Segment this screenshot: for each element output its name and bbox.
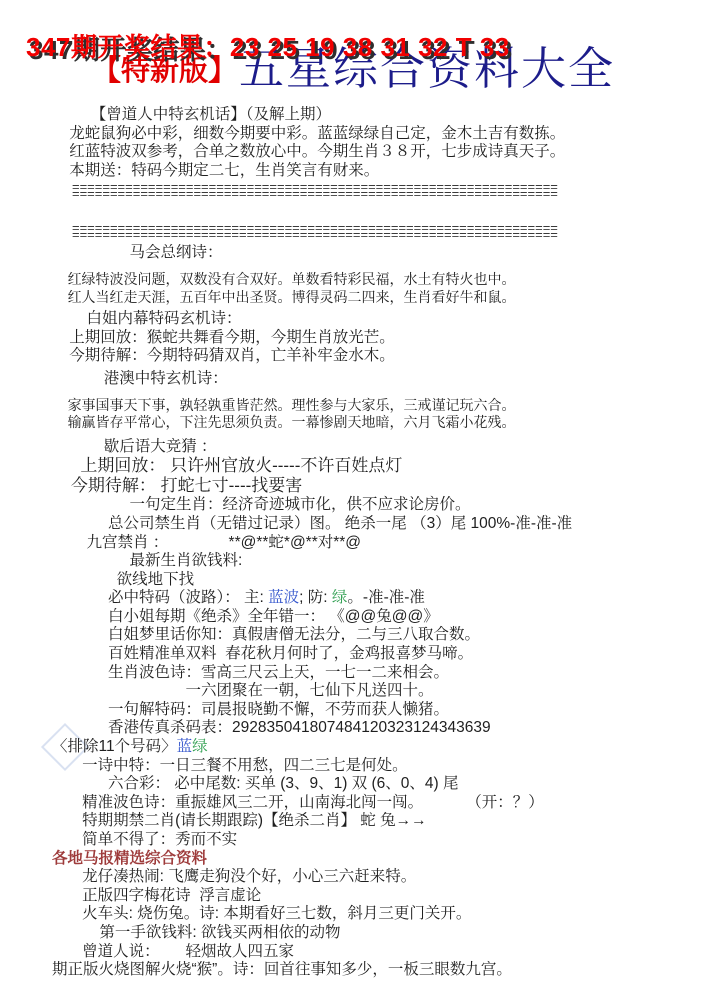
section-heading-regional: 各地马报精选综合资料 [52, 850, 704, 869]
text-line: 上期回放：猴蛇共舞看今期，今期生肖放光芒。 [52, 329, 704, 348]
text-line: 精准波色诗：重振雄风三二开，山南海北闯一闯。 （开：？） [52, 794, 704, 813]
text-line: 家事国事天下事，孰轻孰重皆茫然。理性参与大家乐，三戒谨记玩六合。 [52, 397, 704, 415]
text-line: 今期待解： 打蛇七寸----找要害 [52, 476, 704, 496]
text-line: 一六团聚在一朝，七仙下凡送四十。 [52, 682, 704, 701]
section-heading: 最新生肖欲钱料: [52, 552, 704, 571]
text-line: 火车头: 烧伤兔。诗: 本期看好三七数，斜月三更门关开。 [52, 905, 704, 924]
text-line: 正版四字梅花诗 浮言虚论 [52, 887, 704, 906]
text-line: 红人当红走天涯，五百年中出圣贤。博得灵码二四来，生肖看好牛和鼠。 [52, 289, 704, 307]
text-line: 上期回放： 只许州官放火-----不许百姓点灯 [52, 456, 704, 476]
text-line: 第一手欲钱料: 欲钱买两相依的动物 [52, 924, 704, 943]
text-line: 龙仔凑热闹: 飞鹰走狗没个好，小心三六赶来特。 [52, 868, 704, 887]
text-line: 一诗中特：一日三餐不用愁，四二三七是何处。 [52, 757, 704, 776]
document-body: 【曾道人中特玄机话】（及解上期） 龙蛇鼠狗必中彩，细数今期要中彩。蓝蓝绿绿自己定… [0, 104, 712, 980]
section-heading: 马会总纲诗： [52, 244, 704, 263]
text-line: 百姓精准单双料 春花秋月何时了，金鸡报喜梦马啼。 [52, 645, 704, 664]
section-heading: 【曾道人中特玄机话】（及解上期） [52, 106, 704, 125]
text-line: 一句解特码：司晨报晓勤不懈，不劳而获人懒猪。 [52, 701, 704, 720]
text-line: 输赢皆存平常心，下注先思须负责。一幕惨剧天地暗，六月飞霜小花残。 [52, 414, 704, 432]
text-line: 九宫禁肖 ： **@**蛇*@**对**@ [52, 534, 704, 553]
section-heading: 白姐内幕特码玄机诗： [52, 310, 704, 329]
divider-line: ========================================… [72, 221, 600, 238]
divider-line: ========================================… [72, 180, 600, 197]
page-header: 347期开奖结果：23 25 19 38 31 32 T 33 【特新版】 五星… [0, 0, 712, 104]
text-line: 本期送：特码今期定二七，生肖笑言有财来。 [52, 162, 704, 181]
draw-result-banner: 347期开奖结果：23 25 19 38 31 32 T 33 [26, 27, 510, 64]
text-line: 必中特码（波路）： 主: 蓝波; 防: 绿。-准-准-准 [52, 589, 704, 608]
text-line: 白小姐每期《绝杀》全年错一： 《@@兔@@》 [52, 608, 704, 627]
section-heading: 港澳中特玄机诗： [52, 370, 704, 389]
text-line: 今期待解：今期特码猜双肖，亡羊补牢金水木。 [52, 347, 704, 366]
text-line: 一句定生肖：经济奇迹城市化，供不应求论房价。 [52, 496, 704, 515]
text-line: 红绿特波没问题，双数没有合双好。单数看特彩民福，水土有特火也中。 [52, 271, 704, 289]
text-line: 总公司禁生肖（无错过记录）图。 绝杀一尾 （3）尾 100%-准-准-准 [52, 515, 704, 534]
text-line: 红蓝特波双参考，合单之数放心中。今期生肖３８开，七步成诗真天子。 [52, 143, 704, 162]
text-line: 生肖波色诗：雪高三尺云上天，一七一二来相会。 [52, 664, 704, 683]
lottery-info-sheet: 347期开奖结果：23 25 19 38 31 32 T 33 【特新版】 五星… [0, 0, 712, 1008]
text-line: 曾道人说： 轻烟故人四五家 [52, 943, 704, 962]
text-line: 简单不得了：秀而不实 [52, 831, 704, 850]
text-line: 欲线地下找 [52, 571, 704, 590]
text-line: 六合彩： 必中尾数: 买单 (3、9、1) 双 (6、0、4) 尾 [52, 775, 704, 794]
spacer [52, 197, 704, 221]
text-line: 期正版火烧图解火烧“猴”。诗：回首往事知多少，一板三眼数九宫。 [52, 961, 704, 980]
text-line: 白姐梦里话你知：真假唐僧无法分，二与三八取合数。 [52, 626, 704, 645]
text-line: 香港传真杀码表：292835041807484120323124343639 [52, 719, 704, 738]
section-heading: 歇后语大竞猜 ： [52, 438, 704, 457]
text-line: 龙蛇鼠狗必中彩，细数今期要中彩。蓝蓝绿绿自己定，金木土吉有数拣。 [52, 125, 704, 144]
text-line: 〈排除11个号码〉蓝绿 [52, 738, 704, 757]
text-line: 特期期禁二肖(请长期跟踪)【绝杀二肖】 蛇 兔→→ [52, 812, 704, 831]
